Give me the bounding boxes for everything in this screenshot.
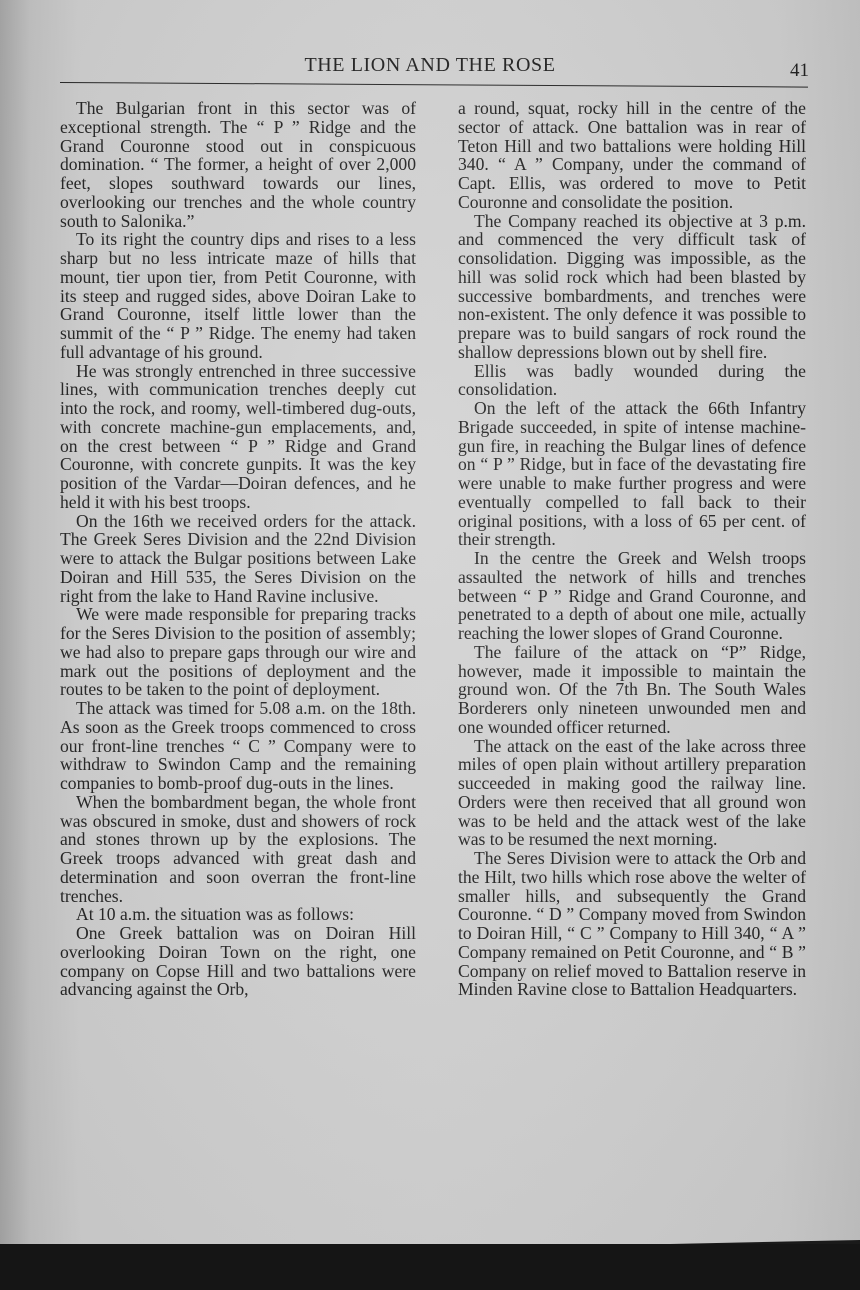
paragraph: The failure of the attack on “P” Ridge, … (458, 643, 806, 737)
book-page: THE LION AND THE ROSE 41 The Bulgarian f… (0, 0, 860, 1252)
paragraph: We were made responsible for prepar­ing … (60, 605, 416, 699)
page-number: 41 (790, 60, 809, 82)
right-text-column: a round, squat, rocky hill in the centre… (458, 99, 806, 999)
paragraph: He was strongly entrenched in three succ… (60, 362, 416, 512)
paragraph: When the bombardment began, the whole fr… (60, 793, 416, 906)
paragraph: Ellis was badly wounded during the conso… (458, 362, 806, 400)
paragraph: One Greek battalion was on Doiran Hill o… (60, 924, 416, 999)
paragraph-continued: a round, squat, rocky hill in the centre… (458, 99, 806, 212)
paragraph: On the 16th we received orders for the a… (60, 512, 416, 606)
left-text-column: The Bulgarian front in this sector was o… (60, 99, 416, 999)
paragraph: The attack was timed for 5.08 a.m. on th… (60, 699, 416, 793)
paragraph: The attack on the east of the lake acros… (458, 737, 806, 850)
paragraph: The Bulgarian front in this sector was o… (60, 99, 416, 230)
paragraph: To its right the country dips and rises … (60, 230, 416, 361)
background-shadow (0, 1244, 860, 1290)
paragraph: In the centre the Greek and Welsh troops… (458, 549, 806, 643)
paragraph: At 10 a.m. the situation was as follows: (60, 905, 416, 924)
running-header: THE LION AND THE ROSE 41 (60, 54, 805, 80)
paragraph: On the left of the attack the 66th In­fa… (458, 399, 806, 549)
running-title: THE LION AND THE ROSE (60, 54, 800, 77)
paragraph: The Company reached its objective at 3 p… (458, 212, 806, 362)
paragraph: The Seres Division were to attack the Or… (458, 849, 806, 999)
header-rule-divider (60, 82, 808, 88)
